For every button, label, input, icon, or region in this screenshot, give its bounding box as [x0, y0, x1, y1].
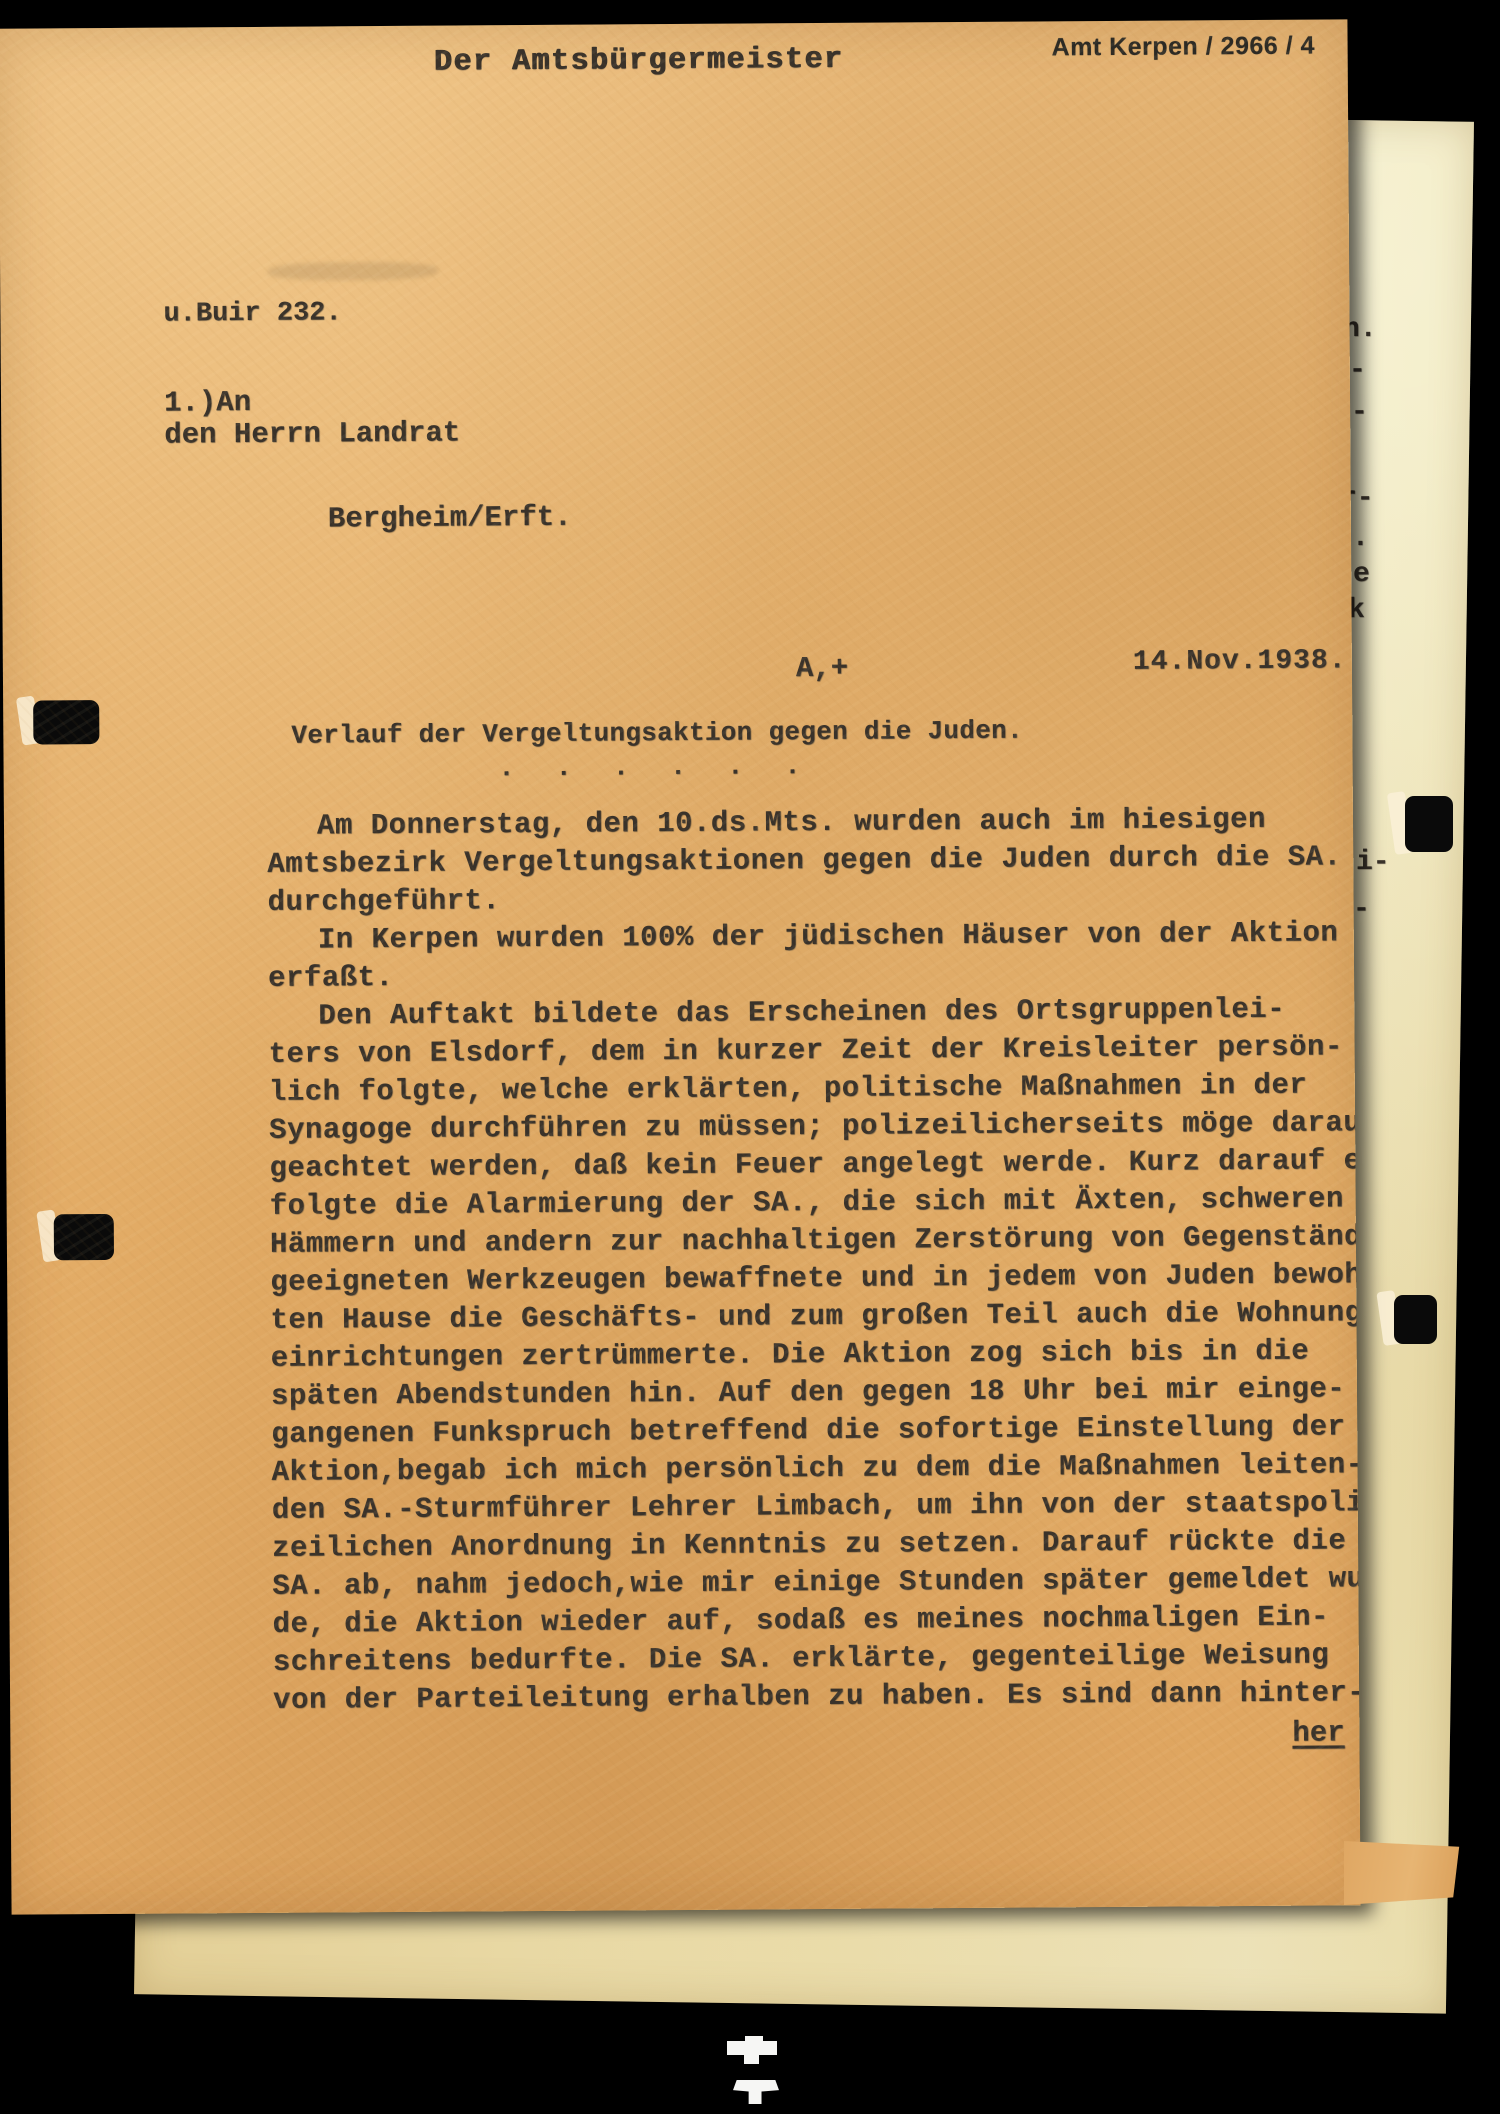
subject-line: Verlauf der Vergeltungsaktion gegen die … [291, 716, 1023, 751]
letterhead-title: Der Amtsbürgermeister [434, 43, 844, 80]
scan-artifact [727, 2036, 777, 2064]
body-text: Am Donnerstag, den 10.ds.Mts. wurden auc… [267, 800, 1361, 1720]
punch-hole [54, 1214, 114, 1260]
recipient-number: 1.)An [164, 387, 251, 420]
file-note: A,+ [796, 653, 848, 685]
front-page: Der Amtsbürgermeister Amt Kerpen / 2966 … [0, 19, 1361, 1914]
date-line: 14.Nov.1938. [1133, 645, 1347, 678]
recipient-name: den Herrn Landrat [164, 418, 460, 452]
reference-line: u.Buir 232. [163, 298, 341, 329]
document-scan: n.--r-.eki-- Der Amtsbürgermeister Amt K… [0, 0, 1500, 2114]
archive-stamp: Amt Kerpen / 2966 / 4 [1051, 32, 1315, 62]
body-line: In Kerpen wurden 100% der jüdischen Häus… [268, 914, 1361, 960]
body-line: von der Parteileitung erhalben zu haben.… [273, 1674, 1361, 1720]
subject-underline-dots: . . . . . . [499, 751, 814, 783]
punch-hole [33, 700, 99, 744]
recipient-city: Bergheim/Erft. [328, 502, 572, 536]
page-corner-fold [1344, 1841, 1464, 1905]
catchword: her [1292, 1717, 1344, 1749]
scan-artifact [733, 2080, 779, 2104]
body-line: Amtsbezirk Vergeltungsaktionen gegen die… [267, 838, 1360, 884]
ink-ghost-smudge [268, 262, 438, 281]
